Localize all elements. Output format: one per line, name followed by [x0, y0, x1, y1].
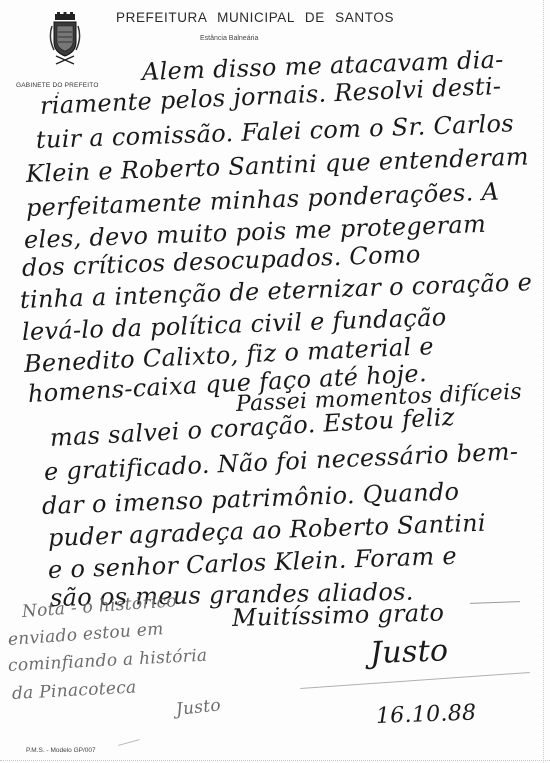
- scanned-letter-page: PREFEITURA MUNICIPAL DE SANTOS Estância …: [0, 0, 550, 763]
- side-note-line: enviado estou em: [7, 619, 164, 650]
- scan-bottom-edge: [0, 759, 550, 761]
- municipal-coat-of-arms-icon: [48, 12, 82, 68]
- organization-subtitle: Estância Balneária: [200, 35, 258, 42]
- side-note-line: da Pinacoteca: [11, 677, 136, 703]
- signature-underline: [300, 672, 530, 689]
- organization-name: PREFEITURA MUNICIPAL DE SANTOS: [116, 10, 394, 25]
- side-note-line: Nota - o histórico: [21, 591, 177, 622]
- scan-right-edge: [542, 0, 544, 763]
- side-note-signature: Justo: [175, 695, 222, 720]
- office-label: GABINETE DO PREFEITO: [16, 82, 99, 89]
- signature: Justo: [369, 633, 449, 671]
- side-note-line: cominfiando a história: [7, 646, 207, 676]
- letter-closing: Muitíssimo grato: [232, 598, 445, 632]
- letter-date: 16.10.88: [376, 701, 477, 729]
- form-code: P.M.S. - Modelo GP/007: [26, 747, 96, 754]
- side-note-pencil-stroke: [118, 739, 140, 746]
- signature-flourish-line: [470, 601, 520, 604]
